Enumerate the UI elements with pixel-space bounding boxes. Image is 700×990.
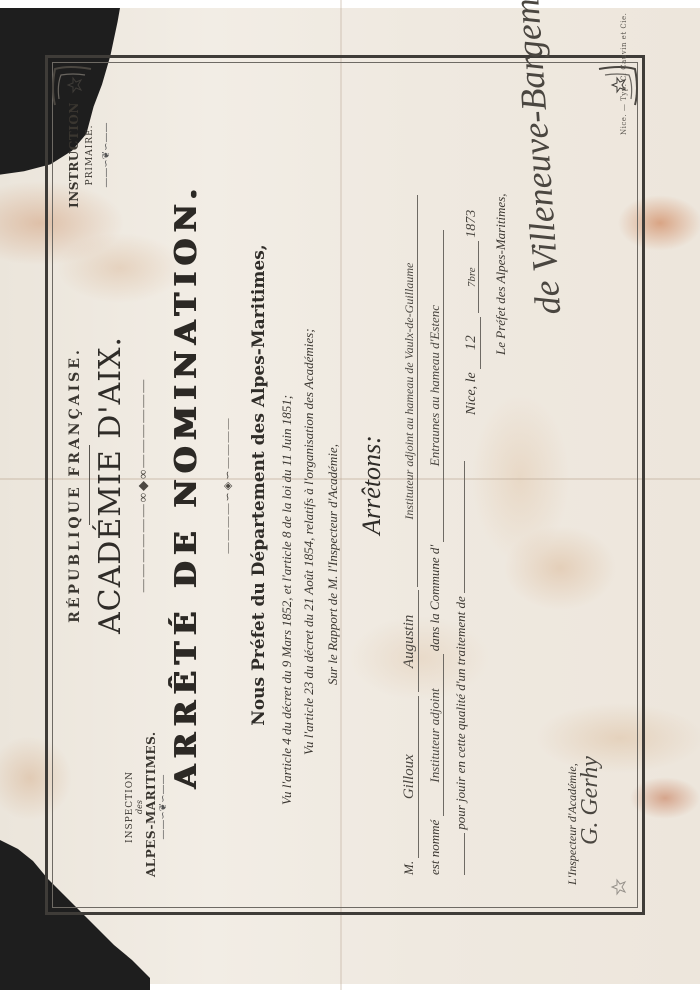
appointee-surname: Gilloux — [401, 696, 419, 858]
salary-line: pour jouir en cette qualité d'un traitem… — [453, 461, 469, 875]
appointment-line: est nommé Instituteur adjoint dans la Co… — [427, 230, 444, 875]
title-prefix: M. — [401, 861, 416, 875]
decree-heading: Arrêtons: — [357, 55, 387, 915]
instruction-primaire: PRIMAIRE. — [85, 85, 95, 225]
commune-name: Entraunes au hameau d'Estenc — [427, 230, 444, 542]
year: 1873 — [464, 210, 479, 238]
printer-imprint: Nice. — Typ. C. Cauvin et Cie. — [620, 13, 628, 135]
inspection-label: INSPECTION — [125, 737, 135, 877]
appointee-line: M. Gilloux Augustin Instituteur adjoint … — [401, 195, 419, 875]
month: 7bre — [466, 241, 479, 313]
nomination-certificate: RÉPUBLIQUE FRANÇAISE. ACADÉMIE D'AIX. ——… — [45, 55, 645, 915]
prefect-label: Le Préfet des Alpes-Maritimes, — [493, 193, 509, 355]
scroll-divider-icon: ————∽◈∽———— — [221, 55, 234, 915]
floral-corner-ornament-icon — [595, 865, 641, 911]
place: Nice, le — [464, 372, 479, 415]
inspection-department: ALPES-MARITIMES. — [144, 737, 158, 877]
commune-prefix: dans la Commune d' — [427, 545, 442, 651]
consideration-2: Vu l'article 23 du décret du 21 Août 185… — [301, 328, 317, 755]
former-post: Instituteur adjoint au hameau de Vaulx-d… — [402, 195, 418, 587]
scroll-divider-icon: ——∽❦∽—— — [158, 737, 169, 877]
inspector-signature: G. Gerhy — [577, 756, 604, 845]
consideration-3: Sur le Rapport de M. l'Inspecteur d'Acad… — [325, 444, 341, 685]
salary-blank — [464, 461, 465, 593]
salary-text: pour jouir en cette qualité d'un traitem… — [453, 596, 468, 830]
appointee-given-name: Augustin — [401, 590, 419, 692]
day: 12 — [463, 317, 481, 369]
divider — [89, 445, 90, 525]
inspection-des: des — [135, 737, 144, 877]
authority-line: Nous Préfet du Département des Alpes-Mar… — [249, 55, 269, 915]
consideration-1: Vu l'article 4 du décret du 9 Mars 1852,… — [279, 395, 295, 805]
inspection-block: INSPECTION des ALPES-MARITIMES. ——∽❦∽—— — [125, 737, 169, 877]
appointment-prefix: est nommé — [427, 820, 442, 875]
scroll-divider-icon: ——∽❦∽—— — [101, 85, 112, 225]
new-post: Instituteur adjoint — [427, 655, 444, 817]
instruction-block: INSTRUCTION PRIMAIRE. ——∽❦∽—— — [67, 85, 112, 225]
instruction-label: INSTRUCTION — [67, 85, 81, 225]
floral-corner-ornament-icon — [595, 63, 641, 109]
document-title: ARRÊTÉ DE NOMINATION. — [169, 55, 204, 915]
place-date: Nice, le 12 7bre 1873 — [463, 210, 481, 415]
